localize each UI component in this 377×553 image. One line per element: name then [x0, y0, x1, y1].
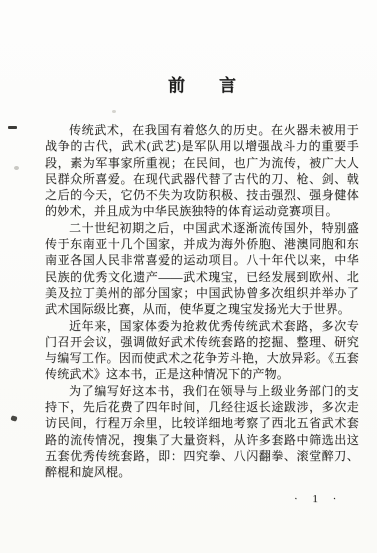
paragraph-2: 二十世纪初期之后，中国武术逐渐流传国外，特别盛传于东南亚十几个国家，并成为海外侨…: [45, 220, 359, 318]
scan-mark-speck-small: [112, 110, 116, 113]
paragraph-3: 近年来，国家体委为抢救优秀传统武术套路，多次专门召开会议，强调做好武术传统套路的…: [45, 318, 359, 383]
paragraph-1: 传统武术，在我国有着悠久的历史。在火器未被用于战争的古代，武术(武艺)是军队用以…: [45, 122, 359, 220]
page-title: 前 言: [45, 71, 359, 96]
preface-body: 传统武术，在我国有着悠久的历史。在火器未被用于战争的古代，武术(武艺)是军队用以…: [45, 122, 359, 481]
paragraph-4: 为了编写好这本书，我们在领导与上级业务部门的支持下，先后花费了四年时间，几经往返…: [45, 383, 359, 481]
scan-mark-blob: [10, 415, 17, 422]
scan-mark-speck: [14, 166, 19, 170]
scan-mark-dash: [8, 126, 17, 129]
book-page: 前 言 传统武术，在我国有着悠久的历史。在火器未被用于战争的古代，武术(武艺)是…: [0, 0, 377, 553]
page-number: · 1 ·: [294, 493, 342, 505]
